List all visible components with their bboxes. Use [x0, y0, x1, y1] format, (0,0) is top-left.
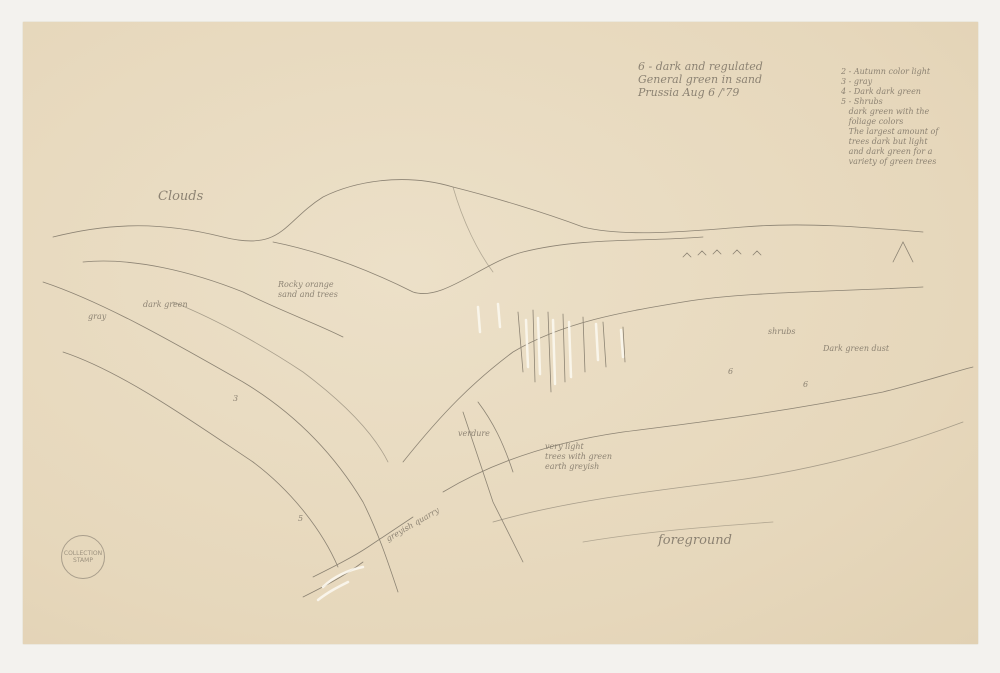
stamp-text: COLLECTION STAMP	[62, 550, 104, 564]
annotation-clouds: Clouds	[158, 190, 203, 203]
landscape-sketch	[23, 22, 978, 644]
annotation-shrubs: shrubs	[768, 327, 795, 337]
annotation-very-light: very light trees with green earth greyis…	[545, 442, 612, 472]
annotation-number-6a: 6	[728, 367, 733, 377]
annotation-gray-left: gray	[88, 312, 106, 322]
annotation-verdure: verdure	[458, 429, 490, 439]
annotation-number-3: 3	[233, 394, 238, 404]
annotation-number-5: 5	[298, 514, 303, 524]
annotation-dark-green-left: dark green	[143, 300, 188, 310]
sketch-paper: 6 - dark and regulated General green in …	[23, 22, 978, 644]
annotation-color-key: 2 - Autumn color light 3 - gray 4 - Dark…	[841, 67, 938, 167]
annotation-foreground: foreground	[658, 534, 732, 547]
annotation-color-notes: 6 - dark and regulated General green in …	[638, 60, 763, 99]
annotation-valley-note: Rocky orange sand and trees	[278, 280, 338, 300]
annotation-dark-green-right: Dark green dust	[823, 344, 889, 354]
annotation-number-6b: 6	[803, 380, 808, 390]
collection-stamp: COLLECTION STAMP	[61, 535, 105, 579]
